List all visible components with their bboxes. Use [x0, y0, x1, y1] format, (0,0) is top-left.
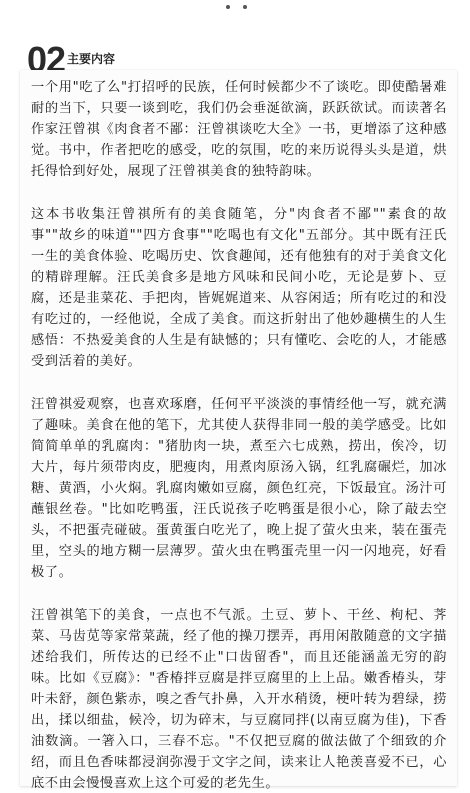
paragraph-book-structure: 这本书收集汪曾祺所有的美食随笔，分"肉食者不鄙""素食的故事""故乡的味道""四… [31, 204, 447, 372]
section-title: 主要内容 [67, 50, 115, 67]
page-dot[interactable] [226, 5, 230, 9]
paragraph-intro: 一个用"吃了么"打招呼的民族，任何时候都少不了谈吃。即使酷暑难耐的当下，只要一谈… [31, 77, 447, 182]
page-dot[interactable] [243, 5, 247, 9]
section-header: 02 主要内容 [27, 42, 115, 72]
paragraph-home-cooking: 汪曾祺笔下的美食，一点也不气派。土豆、萝卜、干丝、枸杞、荠菜、马齿苋等家常菜蔬，… [31, 605, 447, 793]
page-indicator [226, 5, 247, 9]
paragraph-observation: 汪曾祺爱观察，也喜欢琢磨，任何平平淡淡的事情经他一写，就充满了趣味。美食在他的笔… [31, 394, 447, 583]
content-card: 一个用"吃了么"打招呼的民族，任何时候都少不了谈吃。即使酷暑难耐的当下，只要一谈… [20, 70, 457, 786]
content-body: 一个用"吃了么"打招呼的民族，任何时候都少不了谈吃。即使酷暑难耐的当下，只要一谈… [20, 70, 457, 793]
